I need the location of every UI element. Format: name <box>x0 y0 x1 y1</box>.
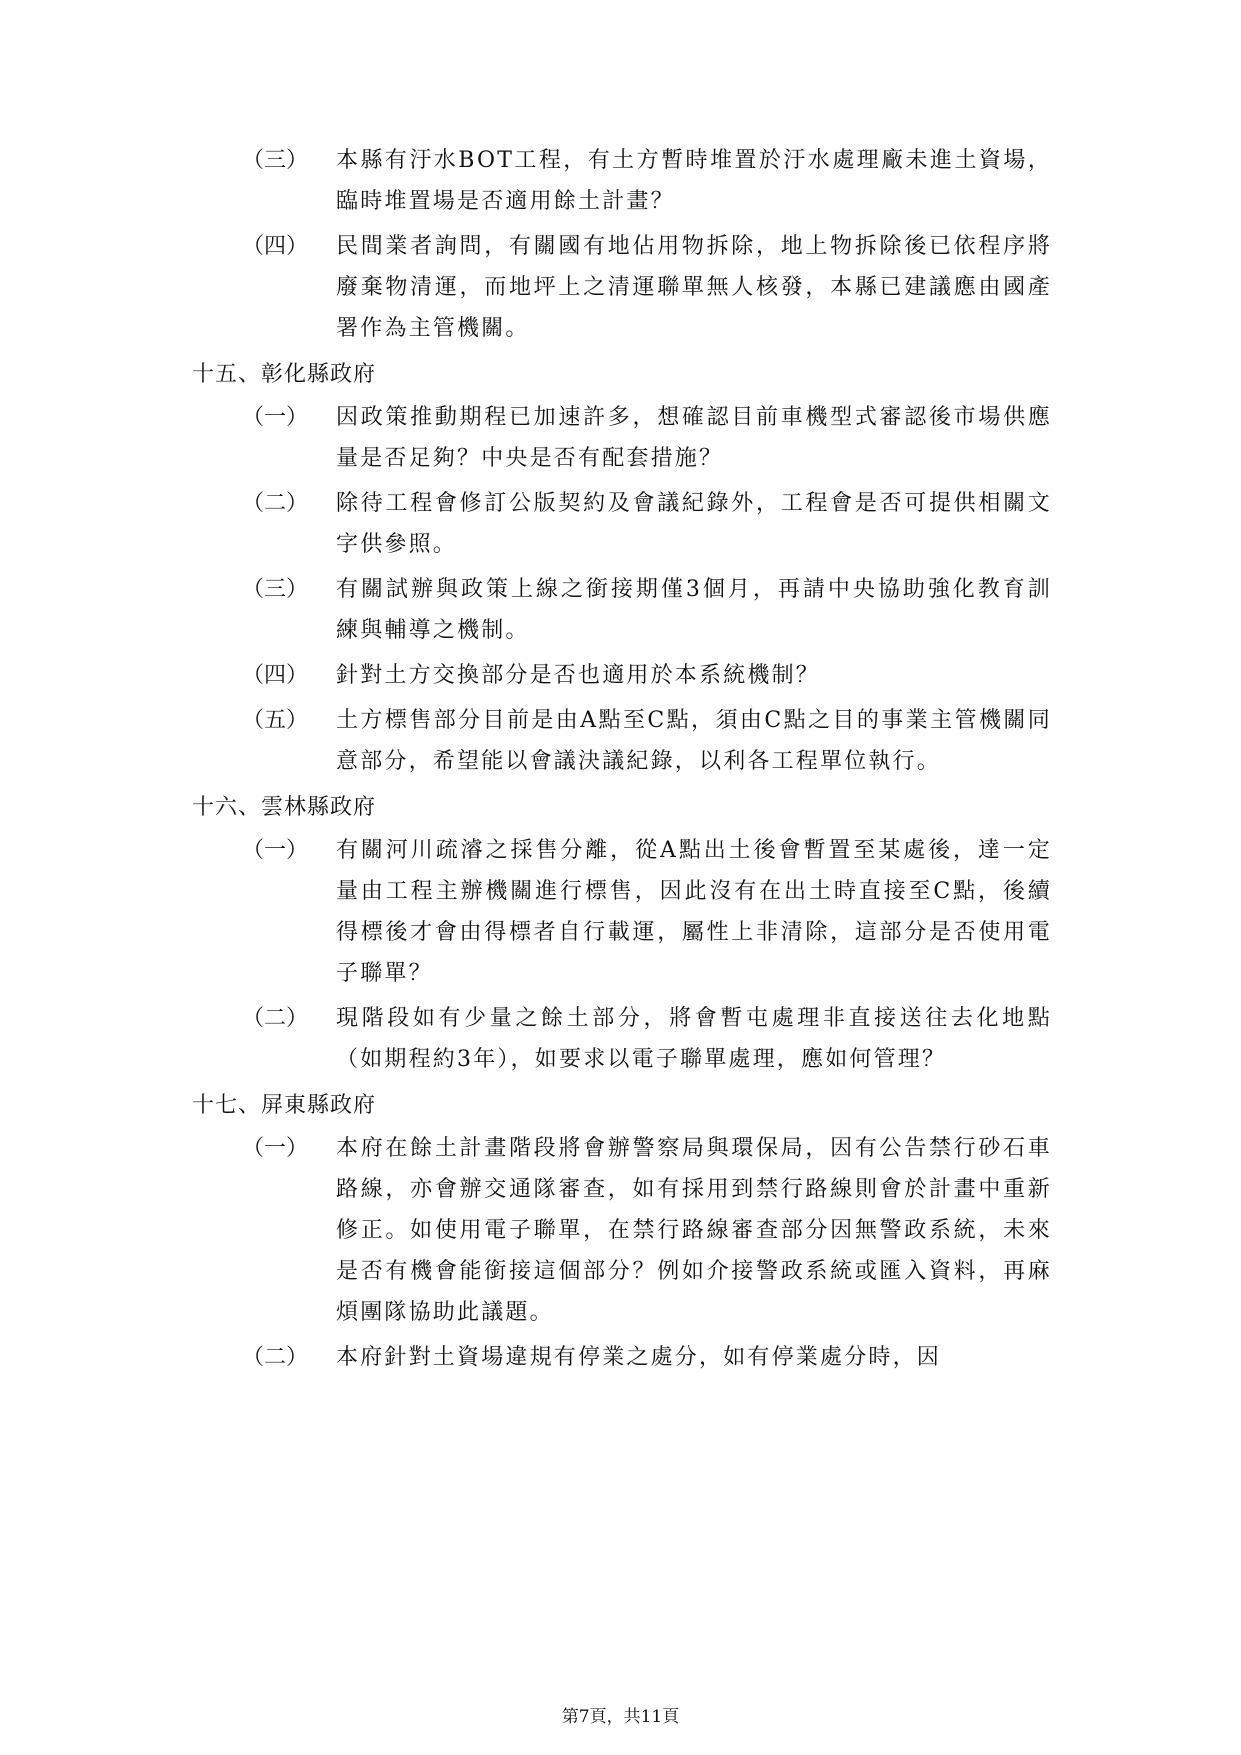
item-text: 針對土方交換部分是否也適用於本系統機制？ <box>336 655 1052 696</box>
item-marker: （二） <box>242 1337 308 1378</box>
item-text: 有關試辦與政策上線之銜接期僅3個月，再請中央協助強化教育訓練與輔導之機制。 <box>336 569 1052 651</box>
section-changhua: 十五、彰化縣政府 （一） 因政策推動期程已加速許多，想確認目前車機型式審認後市場… <box>192 353 1052 782</box>
section-continued: （三） 本縣有汙水BOT工程，有土方暫時堆置於汙水處理廠未進土資場，臨時堆置場是… <box>192 140 1052 349</box>
list-item: （五） 土方標售部分目前是由A點至C點，須由C點之目的事業主管機關同意部分，希望… <box>192 700 1052 782</box>
list-item: （二） 現階段如有少量之餘土部分，將會暫屯處理非直接送往去化地點（如期程約3年）… <box>192 998 1052 1080</box>
document-page: （三） 本縣有汙水BOT工程，有土方暫時堆置於汙水處理廠未進土資場，臨時堆置場是… <box>0 0 1241 1755</box>
item-marker: （三） <box>242 140 308 181</box>
list-item: （四） 針對土方交換部分是否也適用於本系統機制？ <box>192 655 1052 696</box>
item-text: 有關河川疏濬之採售分離，從A點出土後會暫置至某處後，達一定量由工程主辦機關進行標… <box>336 830 1052 994</box>
item-marker: （一） <box>242 1128 308 1169</box>
section-yunlin: 十六、雲林縣政府 （一） 有關河川疏濬之採售分離，從A點出土後會暫置至某處後，達… <box>192 786 1052 1080</box>
item-text: 本府在餘土計畫階段將會辦警察局與環保局，因有公告禁行砂石車路線，亦會辦交通隊審查… <box>336 1128 1052 1333</box>
section-heading: 十七、屏東縣政府 <box>192 1084 1052 1128</box>
item-marker: （二） <box>242 998 308 1039</box>
list-item: （三） 有關試辦與政策上線之銜接期僅3個月，再請中央協助強化教育訓練與輔導之機制… <box>192 569 1052 651</box>
list-item: （一） 因政策推動期程已加速許多，想確認目前車機型式審認後市場供應量是否足夠？中… <box>192 397 1052 479</box>
list-item: （一） 有關河川疏濬之採售分離，從A點出土後會暫置至某處後，達一定量由工程主辦機… <box>192 830 1052 994</box>
document-body: （三） 本縣有汙水BOT工程，有土方暫時堆置於汙水處理廠未進土資場，臨時堆置場是… <box>192 140 1052 1382</box>
section-pingtung: 十七、屏東縣政府 （一） 本府在餘土計畫階段將會辦警察局與環保局，因有公告禁行砂… <box>192 1084 1052 1378</box>
section-heading: 十六、雲林縣政府 <box>192 786 1052 830</box>
item-marker: （二） <box>242 483 308 524</box>
item-marker: （五） <box>242 700 308 741</box>
item-text: 因政策推動期程已加速許多，想確認目前車機型式審認後市場供應量是否足夠？中央是否有… <box>336 397 1052 479</box>
item-marker: （一） <box>242 830 308 871</box>
item-text: 除待工程會修訂公版契約及會議紀錄外，工程會是否可提供相關文字供參照。 <box>336 483 1052 565</box>
list-item: （四） 民間業者詢問，有關國有地佔用物拆除，地上物拆除後已依程序將廢棄物清運，而… <box>192 226 1052 349</box>
item-marker: （一） <box>242 397 308 438</box>
list-item: （二） 除待工程會修訂公版契約及會議紀錄外，工程會是否可提供相關文字供參照。 <box>192 483 1052 565</box>
list-item: （三） 本縣有汙水BOT工程，有土方暫時堆置於汙水處理廠未進土資場，臨時堆置場是… <box>192 140 1052 222</box>
item-marker: （三） <box>242 569 308 610</box>
list-item: （一） 本府在餘土計畫階段將會辦警察局與環保局，因有公告禁行砂石車路線，亦會辦交… <box>192 1128 1052 1333</box>
item-text: 本府針對土資場違規有停業之處分，如有停業處分時，因 <box>336 1337 1052 1378</box>
list-item: （二） 本府針對土資場違規有停業之處分，如有停業處分時，因 <box>192 1337 1052 1378</box>
item-marker: （四） <box>242 226 308 267</box>
section-heading: 十五、彰化縣政府 <box>192 353 1052 397</box>
page-number: 第7頁，共11頁 <box>0 1702 1241 1727</box>
item-text: 現階段如有少量之餘土部分，將會暫屯處理非直接送往去化地點（如期程約3年），如要求… <box>336 998 1052 1080</box>
item-text: 本縣有汙水BOT工程，有土方暫時堆置於汙水處理廠未進土資場，臨時堆置場是否適用餘… <box>336 140 1052 222</box>
item-text: 土方標售部分目前是由A點至C點，須由C點之目的事業主管機關同意部分，希望能以會議… <box>336 700 1052 782</box>
item-text: 民間業者詢問，有關國有地佔用物拆除，地上物拆除後已依程序將廢棄物清運，而地坪上之… <box>336 226 1052 349</box>
item-marker: （四） <box>242 655 308 696</box>
